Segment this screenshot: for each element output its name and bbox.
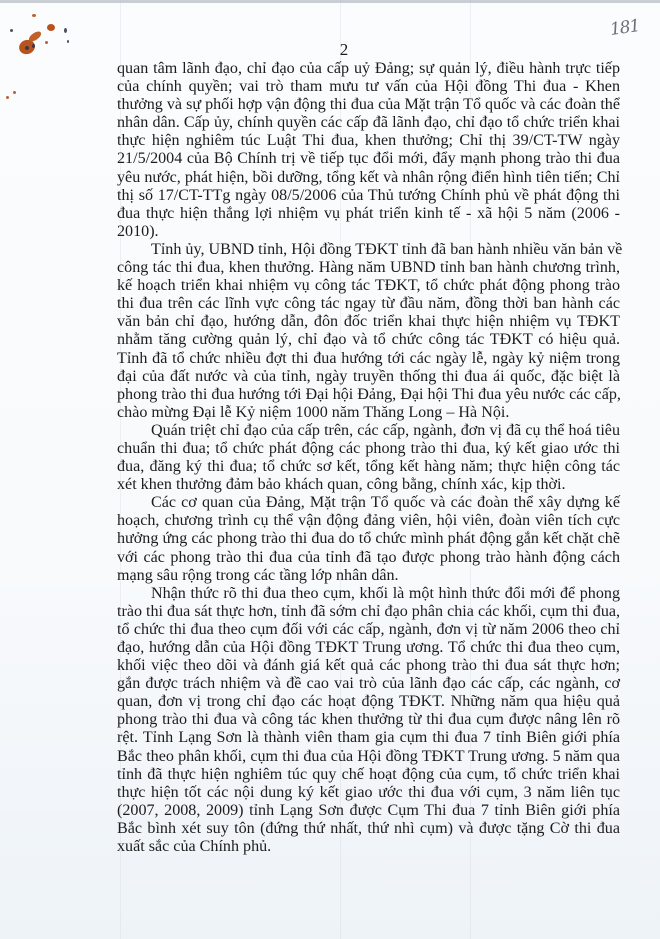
page-top-edge: [0, 0, 660, 3]
text-line: văn bản chỉ đạo, hướng dẫn, đôn đốc triể…: [117, 313, 620, 331]
paragraph: quan tâm lãnh đạo, chỉ đạo của cấp uỷ Đả…: [117, 60, 620, 241]
handwritten-page-mark: 181: [609, 16, 641, 40]
scanned-page: 181 2 quan tâm lãnh đạo, chỉ đạo của cấp…: [0, 0, 660, 939]
paragraph: Quán triệt chỉ đạo của cấp trên, các cấp…: [117, 422, 620, 494]
paragraph: Nhận thức rõ thi đua theo cụm, khối là m…: [117, 585, 620, 856]
text-line: Tỉnh ủy, UBND tỉnh, Hội đồng TĐKT tỉnh đ…: [117, 241, 620, 259]
text-line: đua, đăng ký thi đua; tổ chức sơ kết, tổ…: [117, 458, 620, 476]
text-line: chào mừng Đại lễ Kỷ niệm 1000 năm Thăng …: [117, 404, 620, 422]
text-line: chuẩn thi đua; tổ chức phát động các pho…: [117, 440, 620, 458]
text-line: Quán triệt chỉ đạo của cấp trên, các cấp…: [117, 422, 620, 440]
text-line: Tỉnh đã tổ chức nhiều đợt thi đua hướng …: [117, 350, 620, 368]
text-line: 21/5/2004 của Bộ Chính trị về tiếp tục đ…: [117, 150, 620, 168]
text-line: tỉnh đã thực hiện nghiêm túc quy chế hoạ…: [117, 766, 620, 784]
text-line: phong trào thi đua và công tác khen thưở…: [117, 711, 620, 729]
text-line: Nhận thức rõ thi đua theo cụm, khối là m…: [117, 585, 620, 603]
text-line: đua thực hiện thắng lợi nhiệm vụ phát tr…: [117, 205, 620, 223]
paragraph: Các cơ quan của Đảng, Mặt trận Tổ quốc v…: [117, 494, 620, 584]
text-line: xuất sắc của Chính phủ.: [117, 838, 620, 856]
text-line: thực hiện tốt các nội dung ký kết giao ư…: [117, 784, 620, 802]
page-number: 2: [0, 40, 660, 60]
text-line: hưởng ứng các phong trào thi đua do tổ c…: [117, 530, 620, 548]
text-line: với các phong trào thi đua của tỉnh đã t…: [117, 549, 620, 567]
text-line: hoạch, chương trình cụ thể vận động đảng…: [117, 512, 620, 530]
text-line: quan tâm lãnh đạo, chỉ đạo của cấp uỷ Đả…: [117, 60, 620, 78]
text-line: đại của đất nước và của tỉnh, ngày truyề…: [117, 368, 620, 386]
text-line: thị số 17/CT-TTg ngày 08/5/2006 của Thủ …: [117, 187, 620, 205]
text-line: (2007, 2008, 2009) tỉnh Lạng Sơn được Cụ…: [117, 802, 620, 820]
text-line: đạo, hướng dẫn của Hội đồng TĐKT Trung ư…: [117, 639, 620, 657]
text-line: Các cơ quan của Đảng, Mặt trận Tổ quốc v…: [117, 494, 620, 512]
text-line: nhằm tăng cường quản lý, chỉ đạo và tổ c…: [117, 331, 620, 349]
text-line: rệt. Tỉnh Lạng Sơn là thành viên tham gi…: [117, 729, 620, 747]
text-line: trào thi đua sát thực hơn, tỉnh đã sớm c…: [117, 603, 620, 621]
text-line: yêu nước, phát hiện, bồi dưỡng, tổng kết…: [117, 169, 620, 187]
text-line: thi đua trên các lĩnh vực công tác ngay …: [117, 295, 620, 313]
text-line: phong trào thi đua hướng tới Đại hội Đản…: [117, 386, 620, 404]
text-line: khối việc theo dõi và đánh giá kết quả c…: [117, 657, 620, 675]
text-line: tổ chức thi đua theo cụm đối với các cấp…: [117, 621, 620, 639]
text-line: Bắc bình xét suy tôn (đứng thứ nhất, thứ…: [117, 820, 620, 838]
text-line: thưởng và sự phối hợp vận động thi đua c…: [117, 96, 620, 114]
text-line: kế hoạch triển khai nhiệm vụ công tác TĐ…: [117, 277, 620, 295]
text-line: công tác thi đua, khen thưởng. Hàng năm …: [117, 259, 620, 277]
text-line: Bắc theo phân khối, cụm thi đua của Hội …: [117, 748, 620, 766]
text-line: của chính quyền; vai trò tham mưu tư vấn…: [117, 78, 620, 96]
document-body: quan tâm lãnh đạo, chỉ đạo của cấp uỷ Đả…: [117, 60, 620, 856]
text-line: thực hiện nghiêm túc Luật Thi đua, khen …: [117, 132, 620, 150]
text-line: 2010).: [117, 223, 620, 241]
text-line: gắn được trách nhiệm và đề cao vai trò c…: [117, 675, 620, 693]
paragraph: Tỉnh ủy, UBND tỉnh, Hội đồng TĐKT tỉnh đ…: [117, 241, 620, 422]
text-line: xét khen thưởng đảm bảo khách quan, công…: [117, 476, 620, 494]
text-line: mạng sâu rộng trong các tầng lớp nhân dâ…: [117, 567, 620, 585]
text-line: quan, đơn vị trong chỉ đạo các hoạt động…: [117, 693, 620, 711]
text-line: nhân dân. Cấp ủy, chính quyền các cấp đã…: [117, 114, 620, 132]
